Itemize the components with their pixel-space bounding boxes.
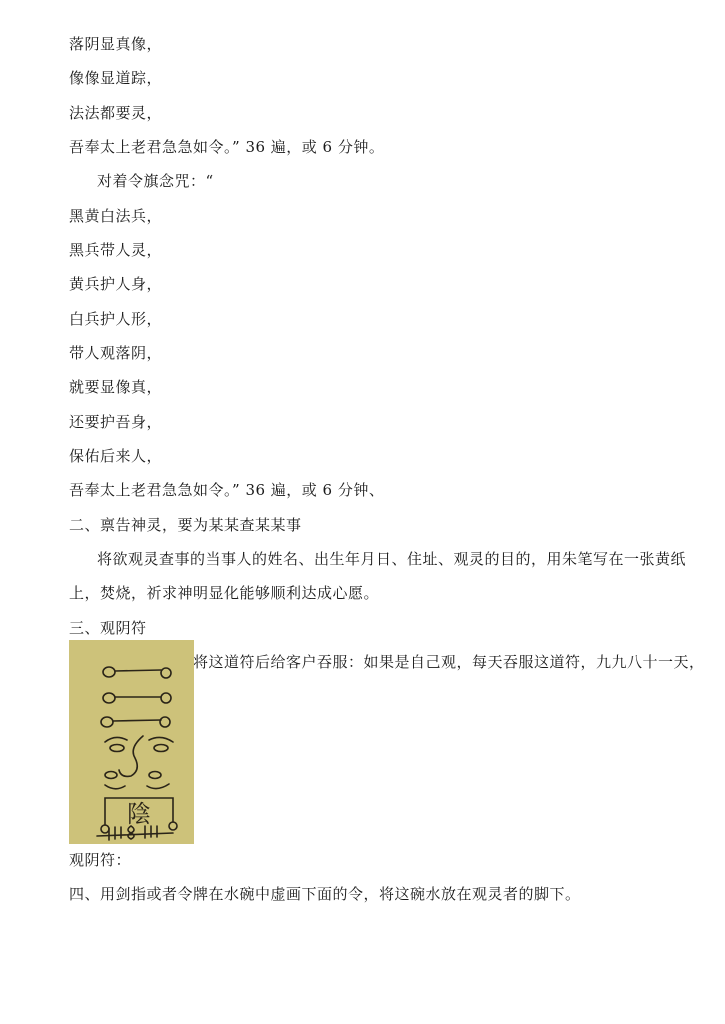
verse-line: 像像显道踪， <box>69 68 162 88</box>
svg-text:陰: 陰 <box>127 800 151 828</box>
verse-line: 落阴显真像， <box>69 34 162 54</box>
document-page: 落阴显真像， 像像显道踪， 法法都要灵， 吾奉太上老君急急如令。” 36 遍，或… <box>0 0 725 1024</box>
verse-line: 吾奉太上老君急急如令。” 36 遍，或 6 分钟、 <box>69 480 384 500</box>
section-heading-4: 四、用剑指或者令牌在水碗中虚画下面的令，将这碗水放在观灵者的脚下。 <box>69 884 581 904</box>
section-heading-2: 二、禀告神灵，要为某某查某某事 <box>69 515 302 535</box>
verse-line: 黑黄白法兵， <box>69 206 162 226</box>
talisman-caption: 观阴符： <box>69 850 131 870</box>
talisman-drawing-icon: 陰 <box>69 640 194 844</box>
verse-line: 带人观落阴， <box>69 343 162 363</box>
verse-line: 黄兵护人身， <box>69 274 162 294</box>
incantation-intro: 对着令旗念咒：“ <box>97 171 214 191</box>
paragraph: 上，焚烧，祈求神明显化能够顺利达成心愿。 <box>69 583 379 603</box>
verse-line: 黑兵带人灵， <box>69 240 162 260</box>
verse-line: 还要护吾身， <box>69 412 162 432</box>
verse-line: 保佑后来人， <box>69 446 162 466</box>
section-heading-3: 三、观阴符 <box>69 618 147 638</box>
verse-line: 白兵护人形， <box>69 309 162 329</box>
talisman-image: 陰 <box>69 640 194 844</box>
verse-line: 就要显像真， <box>69 377 162 397</box>
verse-line: 吾奉太上老君急急如令。” 36 遍，或 6 分钟。 <box>69 137 384 157</box>
verse-line: 法法都要灵， <box>69 103 162 123</box>
paragraph: 将欲观灵查事的当事人的姓名、出生年月日、住址、观灵的目的，用朱笔写在一张黄纸 <box>97 549 686 569</box>
